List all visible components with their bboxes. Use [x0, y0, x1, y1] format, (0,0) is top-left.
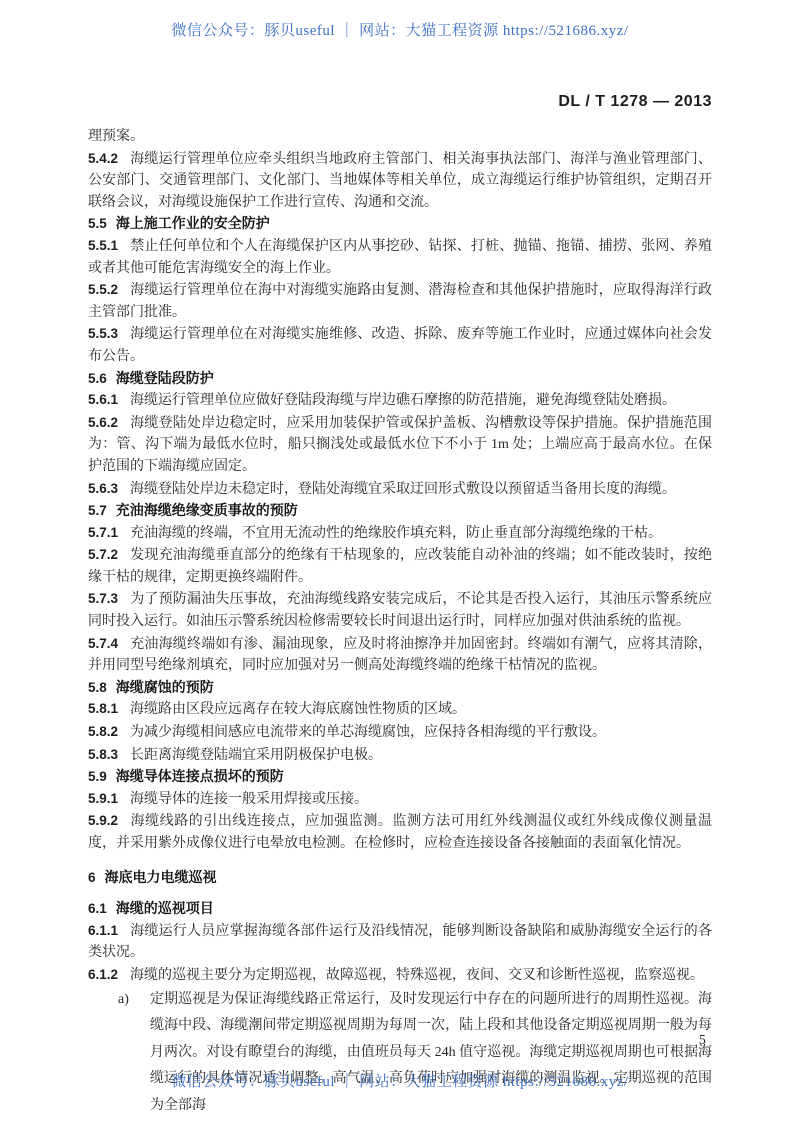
clause-text: 海缆运行管理单位在海中对海缆实施路由复测、潜海检查和其他保护措施时，应取得海洋行… — [88, 283, 712, 320]
continuation-line: 理预案。 — [88, 126, 712, 148]
clause-5-9-1: 5.9.1海缆导体的连接一般采用焊接或压接。 — [88, 788, 712, 811]
clause-number: 5.9.1 — [88, 791, 118, 806]
section-heading-5-9: 5.9海缆导体连接点损坏的预防 — [88, 766, 712, 788]
clause-text: 海缆导体的连接一般采用焊接或压接。 — [130, 792, 368, 807]
section-number: 5.5 — [88, 216, 107, 231]
clause-number: 5.6.2 — [88, 415, 118, 430]
chapter-heading-6: 6海底电力电缆巡视 — [88, 867, 712, 889]
section-title: 海缆腐蚀的预防 — [116, 679, 214, 695]
section-title: 海缆登陆段防护 — [116, 370, 214, 386]
clause-number: 5.6.1 — [88, 392, 118, 407]
section-heading-5-5: 5.5海上施工作业的安全防护 — [88, 213, 712, 235]
watermark-top: 微信公众号：豚贝useful ｜ 网站：大猫工程资源 https://52168… — [0, 19, 800, 40]
clause-number: 5.4.2 — [88, 151, 118, 166]
section-title: 充油海缆绝缘变质事故的预防 — [116, 502, 298, 518]
clause-5-8-2: 5.8.2为减少海缆相间感应电流带来的单芯海缆腐蚀，应保持各相海缆的平行敷设。 — [88, 721, 712, 744]
section-title: 海缆导体连接点损坏的预防 — [116, 768, 284, 784]
clause-number: 5.8.3 — [88, 747, 118, 762]
clause-text: 海缆路由区段应远离存在较大海底腐蚀性物质的区域。 — [130, 702, 466, 717]
clause-text: 充油海缆的终端，不宜用无流动性的绝缘胶作填充料，防止垂直部分海缆绝缘的干枯。 — [130, 526, 662, 541]
clause-number: 6.1.2 — [88, 967, 118, 982]
section-title: 海缆的巡视项目 — [116, 900, 214, 916]
clause-number: 5.7.2 — [88, 547, 118, 562]
clause-6-1-2: 6.1.2海缆的巡视主要分为定期巡视，故障巡视，特殊巡视，夜间、交叉和诊断性巡视… — [88, 964, 712, 987]
watermark-bottom: 微信公众号：豚贝useful ｜ 网站：大猫工程资源 https://52168… — [0, 1070, 800, 1091]
list-item-text: 定期巡视是为保证海缆线路正常运行，及时发现运行中存在的问题所进行的周期性巡视。海… — [150, 992, 712, 1113]
clause-text: 海缆线路的引出线连接点，应加强监测。监测方法可用红外线测温仪或红外线成像仪测量温… — [88, 814, 712, 851]
clause-5-7-1: 5.7.1充油海缆的终端，不宜用无流动性的绝缘胶作填充料，防止垂直部分海缆绝缘的… — [88, 522, 712, 545]
clause-5-7-4: 5.7.4充油海缆终端如有渗、漏油现象，应及时将油擦净并加固密封。终端如有潮气，… — [88, 633, 712, 677]
clause-5-5-1: 5.5.1禁止任何单位和个人在海缆保护区内从事挖砂、钻探、打桩、抛锚、拖锚、捕捞… — [88, 235, 712, 279]
standard-code: DL / T 1278 — 2013 — [558, 93, 712, 111]
clause-5-5-3: 5.5.3海缆运行管理单位在对海缆实施维修、改造、拆除、废弃等施工作业时，应通过… — [88, 323, 712, 367]
clause-text: 海缆运行管理单位应做好登陆段海缆与岸边礁石摩擦的防范措施，避免海缆登陆处磨损。 — [130, 393, 676, 408]
list-item-a: a)定期巡视是为保证海缆线路正常运行，及时发现运行中存在的问题所进行的周期性巡视… — [88, 987, 712, 1120]
section-title: 海上施工作业的安全防护 — [116, 215, 270, 231]
clause-text: 发现充油海缆垂直部分的绝缘有干枯现象的，应改装能自动补油的终端；如不能改装时，按… — [88, 548, 712, 585]
clause-text: 海缆运行管理单位应牵头组织当地政府主管部门、相关海事执法部门、海洋与渔业管理部门… — [88, 152, 712, 210]
section-number: 5.9 — [88, 769, 107, 784]
section-number: 5.8 — [88, 680, 107, 695]
section-number: 6.1 — [88, 901, 107, 916]
clause-number: 5.6.3 — [88, 481, 118, 496]
chapter-title: 海底电力电缆巡视 — [105, 869, 217, 885]
clause-text: 海缆登陆处岸边未稳定时，登陆处海缆宜采取迂回形式敷设以预留适当备用长度的海缆。 — [130, 482, 676, 497]
section-number: 5.7 — [88, 503, 107, 518]
chapter-number: 6 — [88, 870, 96, 885]
section-heading-5-6: 5.6海缆登陆段防护 — [88, 368, 712, 390]
section-heading-5-7: 5.7充油海缆绝缘变质事故的预防 — [88, 500, 712, 522]
clause-number: 5.5.2 — [88, 282, 118, 297]
clause-number: 5.8.2 — [88, 724, 118, 739]
section-heading-6-1: 6.1海缆的巡视项目 — [88, 898, 712, 920]
clause-text: 禁止任何单位和个人在海缆保护区内从事挖砂、钻探、打桩、抛锚、拖锚、捕捞、张网、养… — [88, 239, 712, 276]
clause-5-8-3: 5.8.3长距离海缆登陆端宜采用阴极保护电极。 — [88, 744, 712, 767]
clause-number: 6.1.1 — [88, 923, 118, 938]
clause-5-7-3: 5.7.3为了预防漏油失压事故，充油海缆线路安装完成后，不论其是否投入运行，其油… — [88, 588, 712, 632]
document-body: 理预案。 5.4.2海缆运行管理单位应牵头组织当地政府主管部门、相关海事执法部门… — [88, 126, 712, 1119]
clause-text: 海缆登陆处岸边稳定时，应采用加装保护管或保护盖板、沟槽敷设等保护措施。保护措施范… — [88, 416, 712, 474]
clause-number: 5.8.1 — [88, 701, 118, 716]
clause-5-6-2: 5.6.2海缆登陆处岸边稳定时，应采用加装保护管或保护盖板、沟槽敷设等保护措施。… — [88, 412, 712, 478]
clause-text: 海缆运行管理单位在对海缆实施维修、改造、拆除、废弃等施工作业时，应通过媒体向社会… — [88, 327, 712, 364]
clause-text: 长距离海缆登陆端宜采用阴极保护电极。 — [130, 748, 382, 763]
clause-text: 充油海缆终端如有渗、漏油现象，应及时将油擦净并加固密封。终端如有潮气，应将其清除… — [88, 637, 712, 674]
clause-number: 5.5.1 — [88, 238, 118, 253]
clause-5-6-3: 5.6.3海缆登陆处岸边未稳定时，登陆处海缆宜采取迂回形式敷设以预留适当备用长度… — [88, 478, 712, 501]
section-heading-5-8: 5.8海缆腐蚀的预防 — [88, 677, 712, 699]
section-number: 5.6 — [88, 371, 107, 386]
clause-5-7-2: 5.7.2发现充油海缆垂直部分的绝缘有干枯现象的，应改装能自动补油的终端；如不能… — [88, 544, 712, 588]
clause-number: 5.7.3 — [88, 591, 118, 606]
clause-5-6-1: 5.6.1海缆运行管理单位应做好登陆段海缆与岸边礁石摩擦的防范措施，避免海缆登陆… — [88, 389, 712, 412]
clause-number: 5.5.3 — [88, 326, 118, 341]
list-item-label: a) — [118, 987, 129, 1014]
clause-text: 海缆的巡视主要分为定期巡视，故障巡视，特殊巡视，夜间、交叉和诊断性巡视，监察巡视… — [130, 968, 704, 983]
clause-number: 5.7.4 — [88, 636, 118, 651]
clause-5-4-2: 5.4.2海缆运行管理单位应牵头组织当地政府主管部门、相关海事执法部门、海洋与渔… — [88, 148, 712, 214]
clause-text: 海缆运行人员应掌握海缆各部件运行及沿线情况，能够判断设备缺陷和威胁海缆安全运行的… — [88, 924, 712, 961]
clause-text: 为减少海缆相间感应电流带来的单芯海缆腐蚀，应保持各相海缆的平行敷设。 — [130, 725, 606, 740]
clause-text: 为了预防漏油失压事故，充油海缆线路安装完成后，不论其是否投入运行，其油压示警系统… — [88, 592, 712, 629]
clause-number: 5.9.2 — [88, 813, 118, 828]
clause-number: 5.7.1 — [88, 525, 118, 540]
page-number: 5 — [699, 1032, 706, 1048]
clause-5-8-1: 5.8.1海缆路由区段应远离存在较大海底腐蚀性物质的区域。 — [88, 698, 712, 721]
clause-5-9-2: 5.9.2海缆线路的引出线连接点，应加强监测。监测方法可用红外线测温仪或红外线成… — [88, 810, 712, 854]
clause-5-5-2: 5.5.2海缆运行管理单位在海中对海缆实施路由复测、潜海检查和其他保护措施时，应… — [88, 279, 712, 323]
paragraph-text: 理预案。 — [88, 129, 144, 144]
clause-6-1-1: 6.1.1海缆运行人员应掌握海缆各部件运行及沿线情况，能够判断设备缺陷和威胁海缆… — [88, 920, 712, 964]
